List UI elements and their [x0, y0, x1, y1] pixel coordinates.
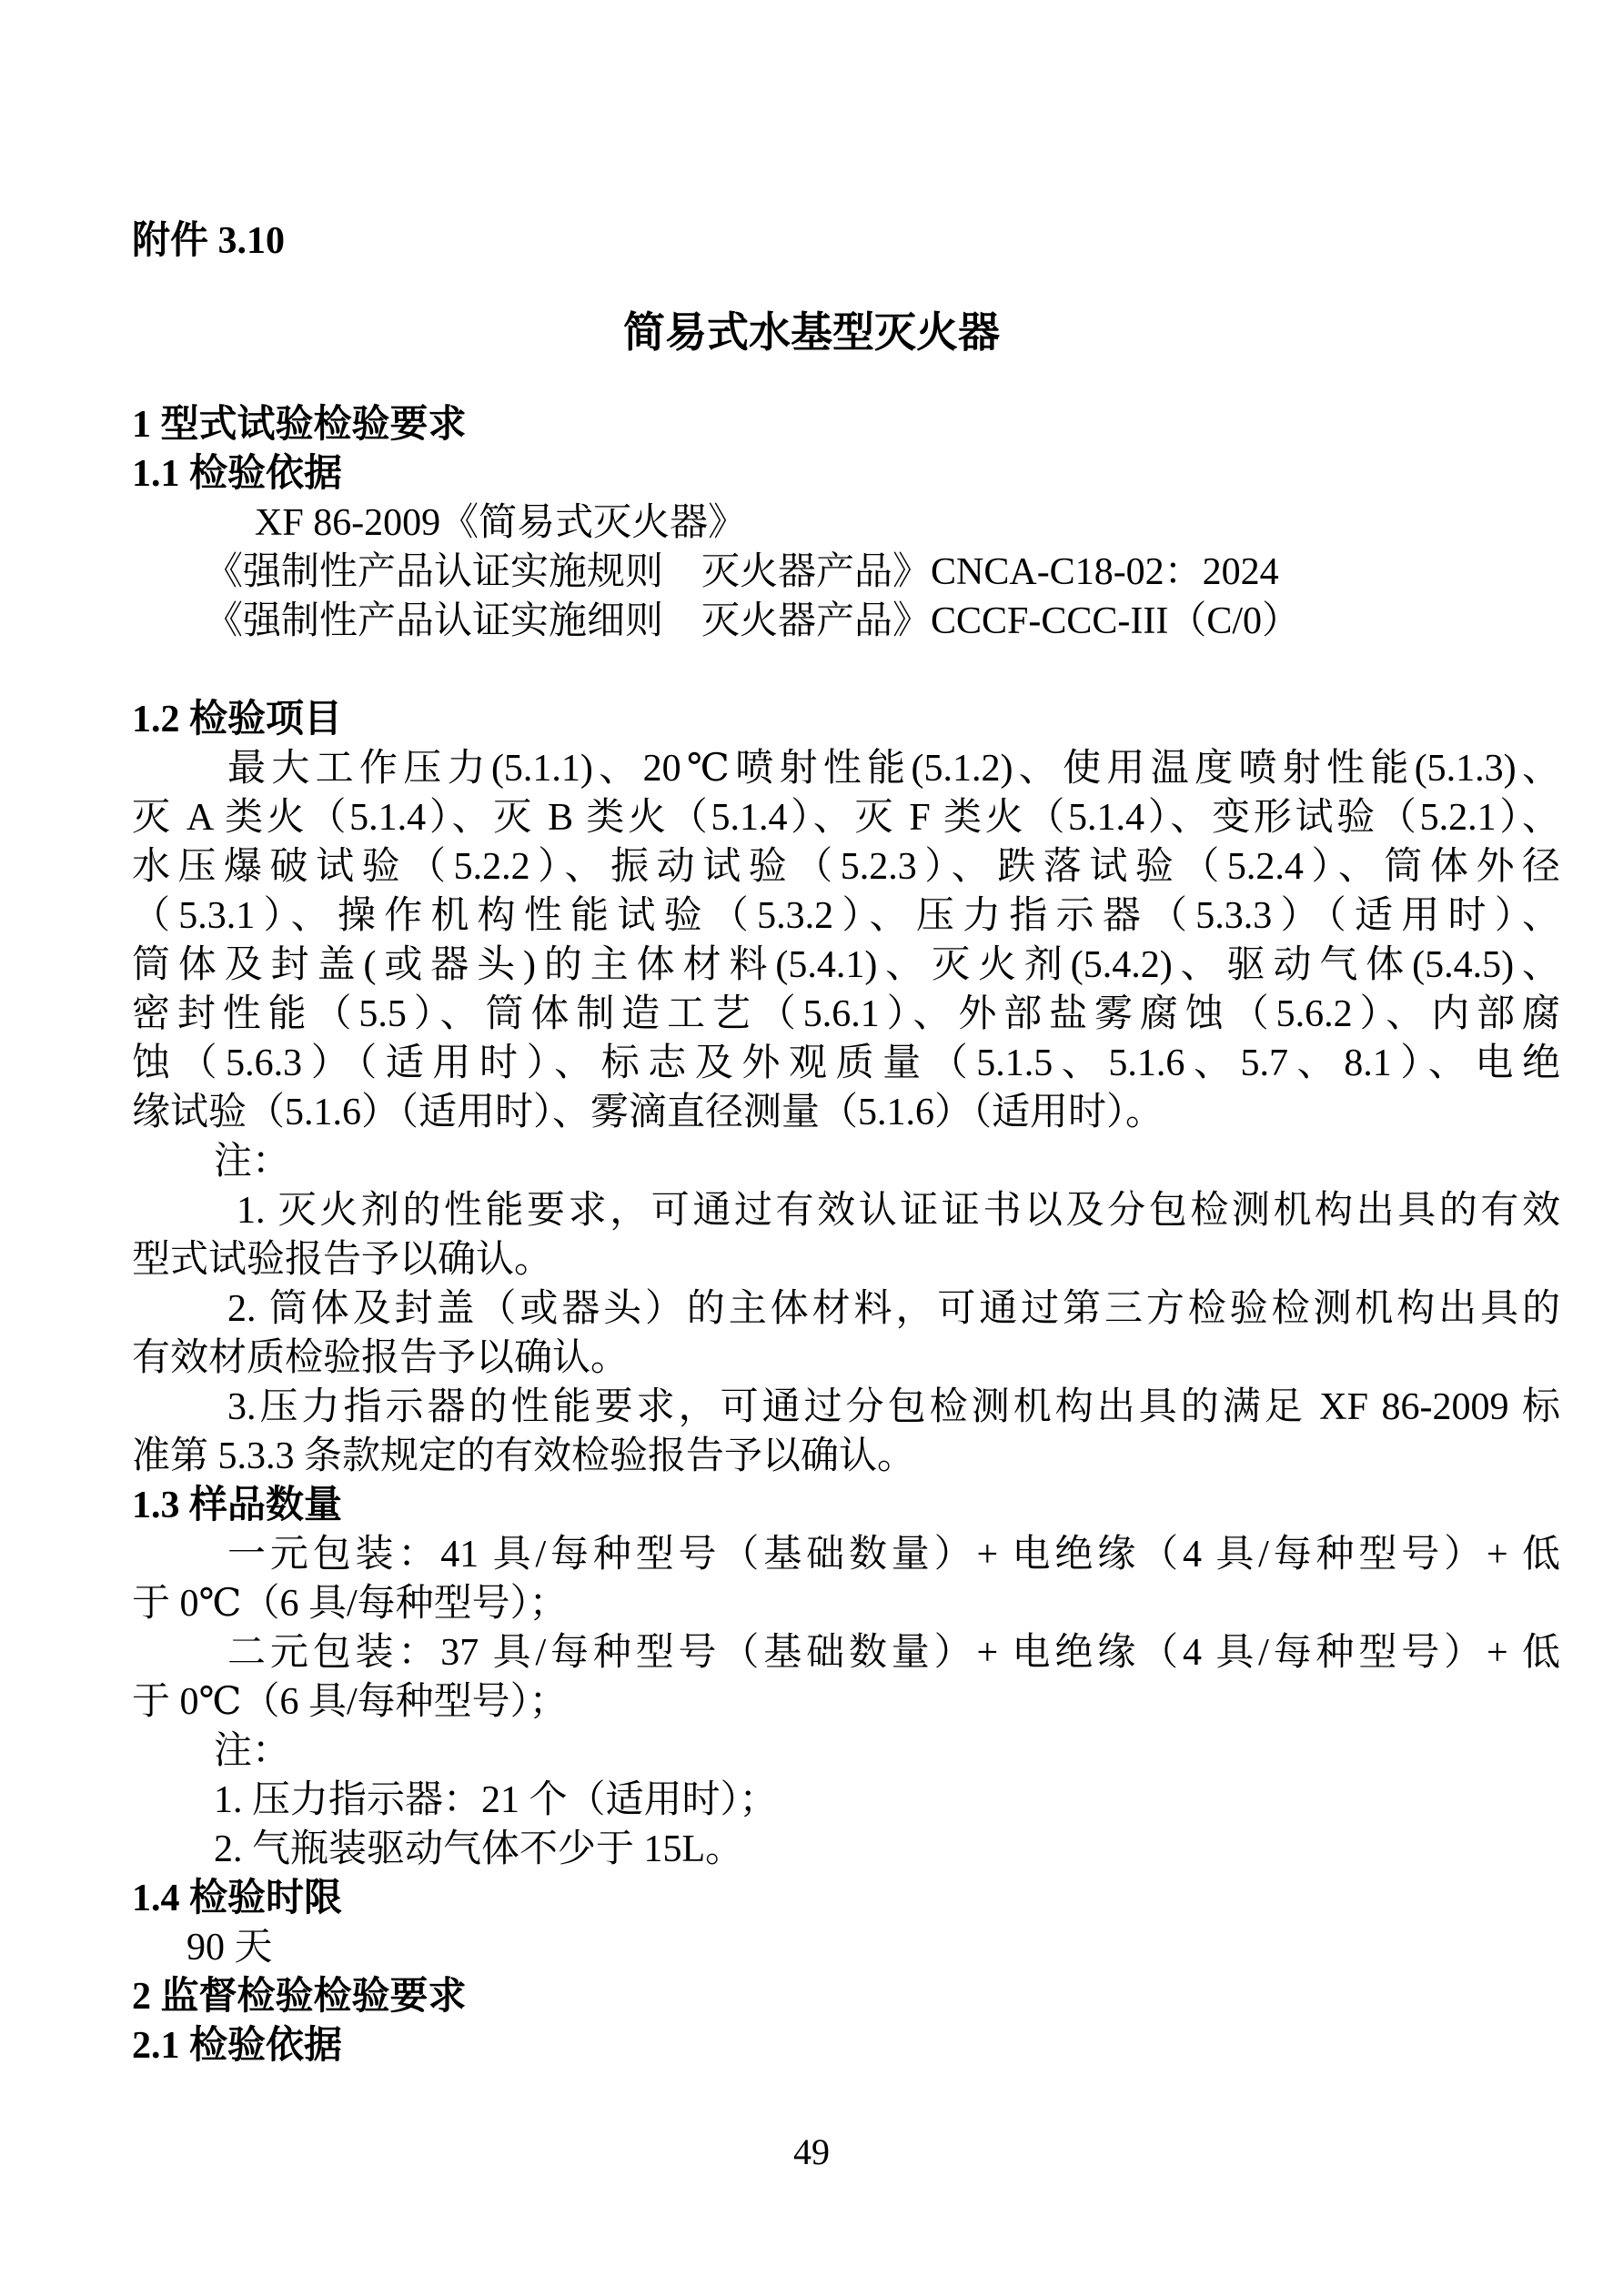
heading-1-4: 1.4 检验时限: [132, 1874, 1560, 1923]
body-line: 水压爆破试验（5.2.2）、振动试验（5.2.3）、跌落试验（5.2.4）、筒体…: [132, 842, 1560, 891]
document-page: 附件 3.10 简易式水基型灭火器 1 型式试验检验要求 1.1 检验依据 XF…: [0, 0, 1623, 2296]
page-number: 49: [0, 2132, 1623, 2172]
heading-2-1: 2.1 检验依据: [132, 2021, 1560, 2070]
body-line: 二元包装：37 具/每种型号（基础数量）+ 电绝缘（4 具/每种型号）+ 低: [132, 1628, 1560, 1677]
body-line: （5.3.1）、操作机构性能试验（5.3.2）、压力指示器（5.3.3）（适用时…: [132, 891, 1560, 941]
heading-1-2: 1.2 检验项目: [132, 695, 1560, 744]
heading-1-1: 1.1 检验依据: [132, 449, 1560, 498]
body-line: 蚀（5.6.3）（适用时）、标志及外观质量（5.1.5、5.1.6、5.7、8.…: [132, 1039, 1560, 1088]
note-line: 2. 气瓶装驱动气体不少于 15L。: [132, 1825, 1560, 1874]
reference-line: XF 86-2009《简易式灭火器》: [132, 498, 1560, 548]
reference-line: 《强制性产品认证实施规则 灭火器产品》CNCA-C18-02：2024: [132, 548, 1560, 597]
body-line: 灭 A 类火（5.1.4）、灭 B 类火（5.1.4）、灭 F 类火（5.1.4…: [132, 793, 1560, 842]
note-line: 有效材质检验报告予以确认。: [132, 1334, 1560, 1383]
blank-line: [132, 646, 1560, 695]
body-line: 于 0℃（6 具/每种型号）；: [132, 1579, 1560, 1628]
note-label: 注：: [132, 1137, 1560, 1186]
heading-1: 1 型式试验检验要求: [132, 400, 1560, 449]
heading-1-3: 1.3 样品数量: [132, 1481, 1560, 1530]
reference-line: 《强制性产品认证实施细则 灭火器产品》CCCF-CCC-III（C/0）: [132, 597, 1560, 646]
body-line: 最大工作压力(5.1.1)、20℃喷射性能(5.1.2)、使用温度喷射性能(5.…: [132, 744, 1560, 793]
note-line: 3.压力指示器的性能要求，可通过分包检测机构出具的满足 XF 86-2009 标: [132, 1383, 1560, 1432]
body-line: 缘试验（5.1.6）（适用时）、雾滴直径测量（5.1.6）（适用时）。: [132, 1088, 1560, 1137]
heading-2: 2 监督检验检验要求: [132, 1972, 1560, 2021]
document-title: 简易式水基型灭火器: [0, 307, 1623, 358]
body-line: 于 0℃（6 具/每种型号）；: [132, 1677, 1560, 1727]
note-line: 1. 压力指示器：21 个（适用时）；: [132, 1776, 1560, 1825]
body-line: 筒体及封盖(或器头)的主体材料(5.4.1)、灭火剂(5.4.2)、驱动气体(5…: [132, 941, 1560, 990]
note-line: 型式试验报告予以确认。: [132, 1235, 1560, 1284]
body-line: 密封性能（5.5）、筒体制造工艺（5.6.1）、外部盐雾腐蚀（5.6.2）、内部…: [132, 990, 1560, 1039]
note-line: 2. 筒体及封盖（或器头）的主体材料，可通过第三方检验检测机构出具的: [132, 1284, 1560, 1334]
body-line: 90 天: [132, 1923, 1560, 1972]
attachment-label: 附件 3.10: [132, 217, 1560, 266]
body-line: 一元包装：41 具/每种型号（基础数量）+ 电绝缘（4 具/每种型号）+ 低: [132, 1530, 1560, 1579]
note-line: 1. 灭火剂的性能要求，可通过有效认证证书以及分包检测机构出具的有效: [132, 1186, 1560, 1235]
note-label: 注：: [132, 1727, 1560, 1776]
note-line: 准第 5.3.3 条款规定的有效检验报告予以确认。: [132, 1432, 1560, 1481]
